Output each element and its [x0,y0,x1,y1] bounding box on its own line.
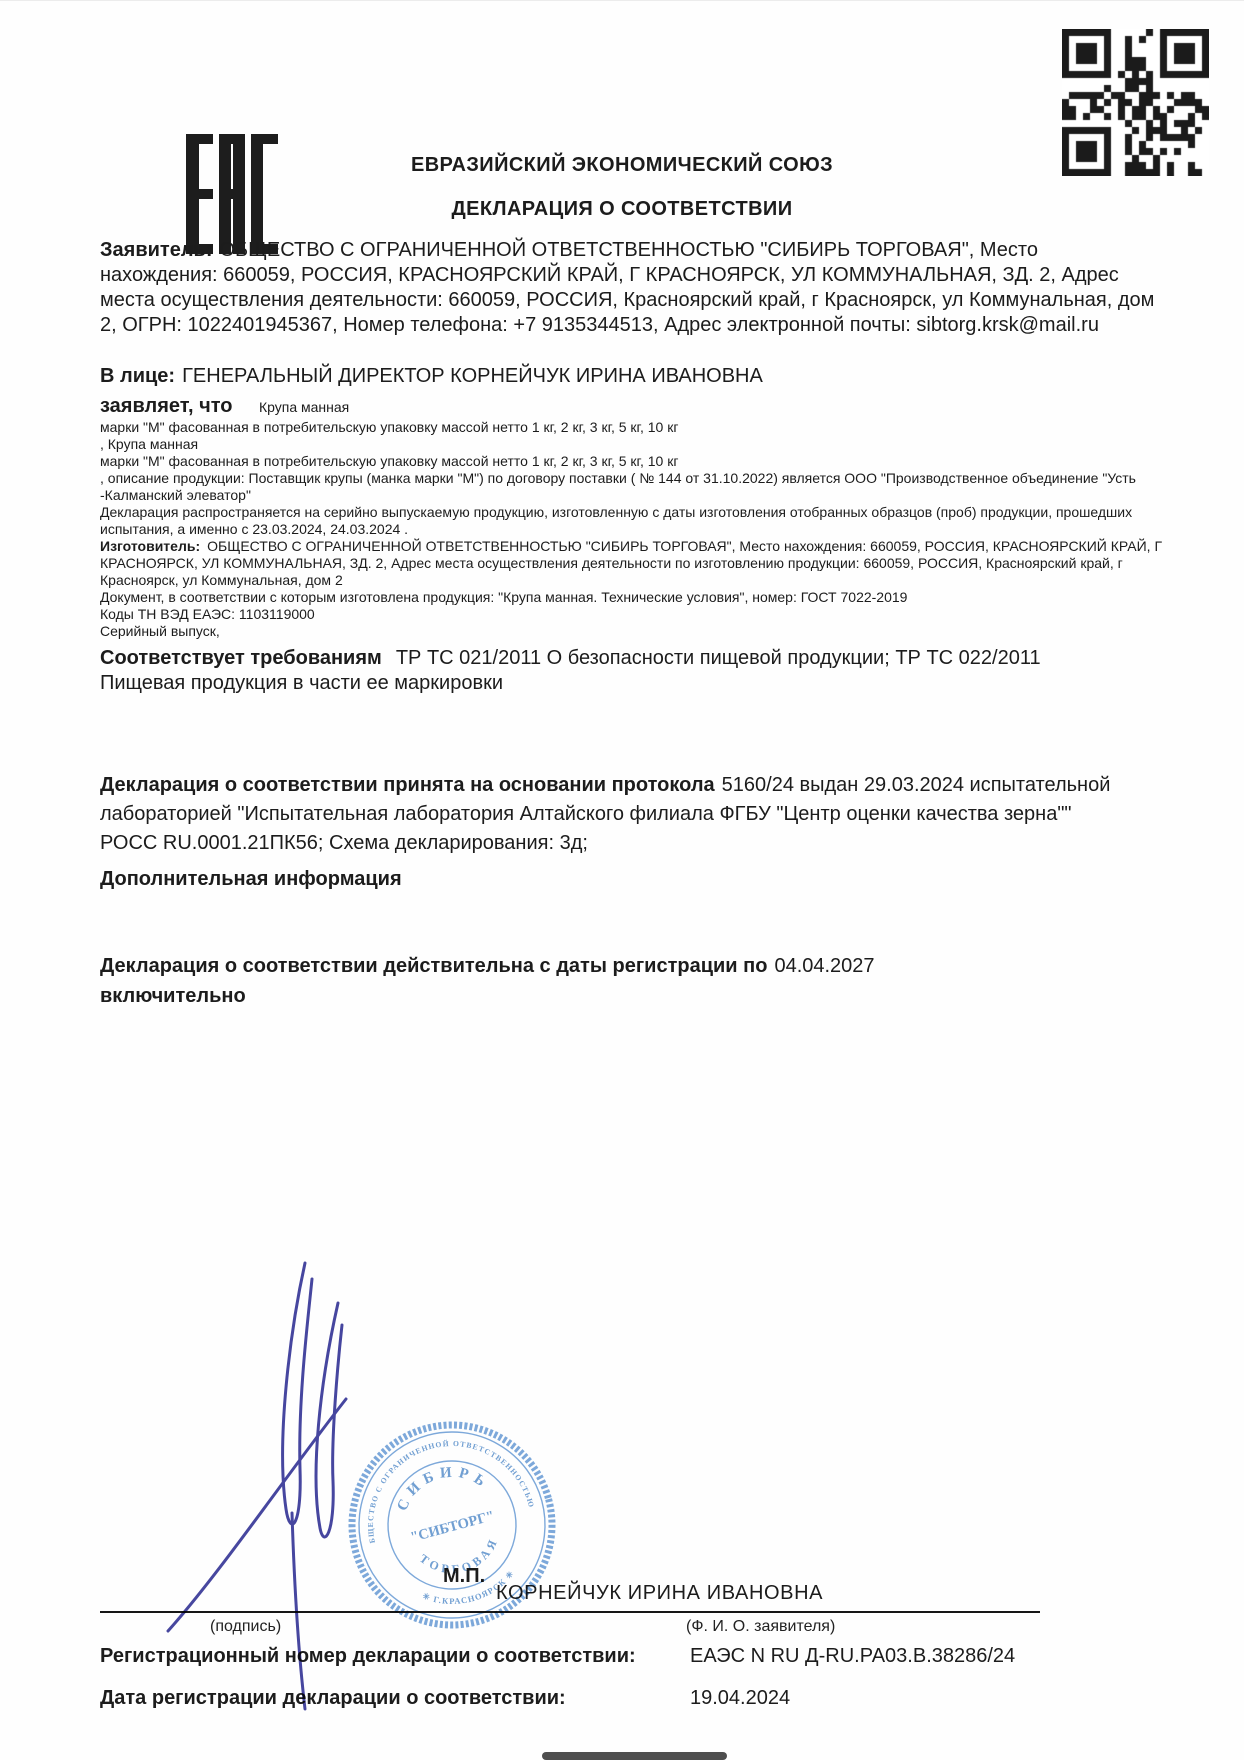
reg-date-value: 19.04.2024 [690,1686,790,1711]
stamp-ring-text: ОБЩЕСТВО С ОГРАНИЧЕННОЙ ОТВЕТСТВЕННОСТЬЮ [342,1415,536,1558]
product-details-block: марки "М" фасованная в потребительскую у… [100,419,1176,640]
basis-paragraph: Декларация о соответствии принята на осн… [100,771,1120,858]
compliance-label: Соответствует требованиям [100,647,382,669]
applicant-label: Заявитель: [100,239,213,261]
svg-text:СИБИРЬ: СИБИРЬ [387,1453,495,1516]
representative-label: В лице: [100,365,175,387]
name-caption: (Ф. И. О. заявителя) [686,1618,835,1636]
stamp-place-abbr: М.П. [443,1564,485,1589]
validity-paragraph: Декларация о соответствии действительна … [100,951,1160,1011]
representative-paragraph: В лице:ГЕНЕРАЛЬНЫЙ ДИРЕКТОР КОРНЕЙЧУК ИР… [100,364,1156,389]
representative-text: ГЕНЕРАЛЬНЫЙ ДИРЕКТОР КОРНЕЙЧУК ИРИНА ИВА… [182,365,763,387]
declares-line: заявляет, что Крупа манная [100,394,349,419]
compliance-paragraph: Соответствует требованиямТР ТС 021/2011 … [100,646,1130,696]
eac-logo-icon [186,134,278,254]
reg-number-value: ЕАЭС N RU Д-RU.РА03.В.38286/24 [690,1644,1015,1669]
tnved-code-line: Коды ТН ВЭД ЕАЭС: 1103119000 [100,606,1176,623]
detail-line: марки "М" фасованная в потребительскую у… [100,453,1176,470]
svg-text:ОБЩЕСТВО С ОГРАНИЧЕННОЙ ОТВЕТС: ОБЩЕСТВО С ОГРАНИЧЕННОЙ ОТВЕТСТВЕННОСТЬЮ [342,1415,536,1558]
product-name: Крупа манная [259,399,349,415]
signature-rule [100,1611,1040,1613]
applicant-name: КОРНЕЙЧУК ИРИНА ИВАНОВНА [496,1581,823,1606]
stamp-center-text: "СИБТОРГ" [409,1508,496,1546]
standard-document-line: Документ, в соответствии с которым изгот… [100,589,1176,606]
applicant-text: ОБЩЕСТВО С ОГРАНИЧЕННОЙ ОТВЕТСТВЕННОСТЬЮ… [100,239,1154,336]
detail-line: марки "М" фасованная в потребительскую у… [100,419,1176,436]
manufacturer-text: ОБЩЕСТВО С ОГРАНИЧЕННОЙ ОТВЕТСТВЕННОСТЬЮ… [100,538,1162,588]
additional-info-label: Дополнительная информация [100,867,402,892]
validity-date: 04.04.2027 [774,955,874,977]
reg-number-label: Регистрационный номер декларации о соотв… [100,1644,636,1669]
validity-suffix: включительно [100,985,246,1007]
signature-caption: (подпись) [210,1618,281,1636]
manufacturer-label: Изготовитель: [100,538,200,554]
detail-line: , Крупа манная [100,436,1176,453]
serial-release-line: Серийный выпуск, [100,623,1176,640]
validity-label: Декларация о соответствии действительна … [100,955,767,977]
union-title: ЕВРАЗИЙСКИЙ ЭКОНОМИЧЕСКИЙ СОЮЗ [100,154,1144,177]
applicant-paragraph: Заявитель:ОБЩЕСТВО С ОГРАНИЧЕННОЙ ОТВЕТС… [100,238,1156,338]
document-page: ЕВРАЗИЙСКИЙ ЭКОНОМИЧЕСКИЙ СОЮЗ ДЕКЛАРАЦИ… [0,0,1244,1760]
stamp-inner-top-text: СИБИРЬ [387,1453,495,1516]
basis-label: Декларация о соответствии принята на осн… [100,774,715,796]
document-title: ДЕКЛАРАЦИЯ О СООТВЕТСТВИИ [100,198,1144,221]
manufacturer-line: Изготовитель:ОБЩЕСТВО С ОГРАНИЧЕННОЙ ОТВ… [100,538,1176,589]
reg-date-label: Дата регистрации декларации о соответств… [100,1686,566,1711]
detail-line: , описание продукции: Поставщик крупы (м… [100,470,1176,504]
declares-label: заявляет, что [100,395,233,417]
detail-line: Декларация распространяется на серийно в… [100,504,1176,538]
